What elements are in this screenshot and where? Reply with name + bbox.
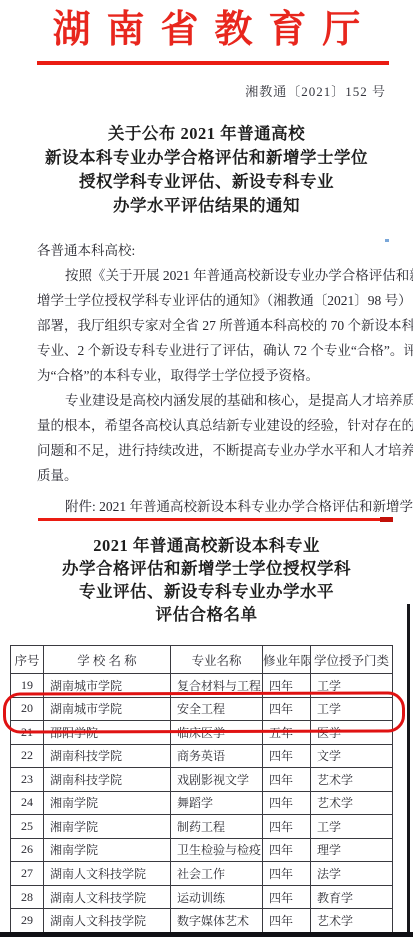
annex-title-line-1: 2021 年普通高校新设本科专业 — [0, 534, 413, 557]
red-highlight-circle — [3, 691, 405, 733]
table-cell: 湖南人文科技学院 — [44, 862, 171, 886]
header-cell-duration: 修业年限 — [263, 646, 311, 674]
table-cell: 理学 — [311, 838, 393, 862]
table-cell: 四年 — [263, 815, 311, 839]
header-cell-degree: 学位授予门类 — [311, 646, 393, 674]
table-cell: 22 — [11, 744, 44, 768]
table-cell: 湖南人文科技学院 — [44, 885, 171, 909]
scan-edge-right — [407, 604, 410, 937]
table-cell: 四年 — [263, 791, 311, 815]
table-cell: 文学 — [311, 744, 393, 768]
scan-edge-bottom — [0, 932, 413, 937]
table-cell: 艺术学 — [311, 791, 393, 815]
notice-title-line-2: 新设本科专业办学合格评估和新增学士学位 — [0, 146, 413, 170]
table-header-row: 序号 学 校 名 称 专业名称 修业年限 学位授予门类 — [11, 646, 393, 674]
table-cell: 舞蹈学 — [171, 791, 263, 815]
header-cell-index: 序号 — [11, 646, 44, 674]
header-cell-major: 专业名称 — [171, 646, 263, 674]
body-line: 按照《关于开展 2021 年普通高校新设专业办学合格评估和新 — [37, 263, 393, 288]
table-row: 26湘南学院卫生检验与检疫四年理学 — [11, 838, 393, 862]
notice-title: 关于公布 2021 年普通高校 新设本科专业办学合格评估和新增学士学位 授权学科… — [0, 122, 413, 218]
scan-ink-artifact — [385, 239, 389, 242]
table-cell: 运动训练 — [171, 885, 263, 909]
table-cell: 戏剧影视文学 — [171, 768, 263, 792]
attachment-underline-end — [380, 517, 393, 522]
header-cell-school: 学 校 名 称 — [44, 646, 171, 674]
table-cell: 四年 — [263, 885, 311, 909]
table-row: 22湖南科技学院商务英语四年文学 — [11, 744, 393, 768]
table-cell: 四年 — [263, 838, 311, 862]
body-line: 增学士学位授权学科专业评估的通知》（湘教通〔2021〕98 号） — [37, 288, 393, 313]
table-cell: 湖南科技学院 — [44, 744, 171, 768]
annex-title-line-2: 办学合格评估和新增学士学位授权学科 — [0, 557, 413, 580]
table-row: 27湖南人文科技学院社会工作四年法学 — [11, 862, 393, 886]
notice-body: 各普通本科高校: 按照《关于开展 2021 年普通高校新设专业办学合格评估和新 … — [37, 238, 393, 488]
table-cell: 制药工程 — [171, 815, 263, 839]
table-cell: 29 — [11, 909, 44, 933]
body-line: 问题和不足，进行持续改进，不断提高专业办学水平和人才培养 — [37, 438, 393, 463]
body-line: 专业建设是高校内涵发展的基础和核心，是提高人才培养质 — [37, 388, 393, 413]
table-cell: 24 — [11, 791, 44, 815]
table-cell: 数字媒体艺术 — [171, 909, 263, 933]
table-cell: 四年 — [263, 744, 311, 768]
salutation: 各普通本科高校: — [37, 238, 393, 263]
table-cell: 艺术学 — [311, 909, 393, 933]
body-line: 部署，我厅组织专家对全省 27 所普通本科高校的 70 个新设本科 — [37, 313, 393, 338]
attachment-underline — [38, 518, 390, 521]
table-row: 29湖南人文科技学院数字媒体艺术四年艺术学 — [11, 909, 393, 933]
annex-title-line-3: 专业评估、新设专科专业办学水平 — [0, 580, 413, 603]
table-row: 28湖南人文科技学院运动训练四年教育学 — [11, 885, 393, 909]
table-row: 25湘南学院制药工程四年工学 — [11, 815, 393, 839]
table-row: 24湘南学院舞蹈学四年艺术学 — [11, 791, 393, 815]
body-line: 为“合格”的本科专业，取得学士学位授予资格。 — [37, 363, 393, 388]
table-cell: 25 — [11, 815, 44, 839]
doc-number: 湘教通〔2021〕152 号 — [245, 81, 386, 100]
document-page: 湖南省教育厅 湘教通〔2021〕152 号 关于公布 2021 年普通高校 新设… — [0, 0, 413, 937]
notice-title-line-3: 授权学科专业评估、新设专科专业 — [0, 170, 413, 194]
annex-title-line-4: 评估合格名单 — [0, 603, 413, 626]
table-cell: 四年 — [263, 862, 311, 886]
results-table: 序号 学 校 名 称 专业名称 修业年限 学位授予门类 19湖南城市学院复合材料… — [10, 645, 393, 933]
table-cell: 四年 — [263, 909, 311, 933]
attachment-note: 附件: 2021 年普通高校新设本科专业办学合格评估和新增学 — [37, 495, 397, 515]
table-cell: 23 — [11, 768, 44, 792]
body-line: 专业、2 个新设专科专业进行了评估，确认 72 个专业“合格”。评 — [37, 338, 393, 363]
table-cell: 工学 — [311, 815, 393, 839]
table-cell: 商务英语 — [171, 744, 263, 768]
table-cell: 湘南学院 — [44, 838, 171, 862]
table-cell: 28 — [11, 885, 44, 909]
table-cell: 社会工作 — [171, 862, 263, 886]
table-cell: 湖南人文科技学院 — [44, 909, 171, 933]
notice-title-line-1: 关于公布 2021 年普通高校 — [0, 122, 413, 146]
table-cell: 湘南学院 — [44, 791, 171, 815]
table-cell: 卫生检验与检疫 — [171, 838, 263, 862]
table-cell: 26 — [11, 838, 44, 862]
agency-title: 湖南省教育厅 — [0, 4, 413, 56]
annex-title: 2021 年普通高校新设本科专业 办学合格评估和新增学士学位授权学科 专业评估、… — [0, 534, 413, 626]
letterhead-divider — [37, 61, 389, 65]
table-cell: 艺术学 — [311, 768, 393, 792]
table-cell: 四年 — [263, 768, 311, 792]
table-row: 23湖南科技学院戏剧影视文学四年艺术学 — [11, 768, 393, 792]
table-cell: 27 — [11, 862, 44, 886]
table-cell: 湖南科技学院 — [44, 768, 171, 792]
table-cell: 湘南学院 — [44, 815, 171, 839]
notice-title-line-4: 办学水平评估结果的通知 — [0, 194, 413, 218]
body-line: 质量。 — [37, 463, 393, 488]
body-line: 量的根本，希望各高校认真总结新专业建设的经验，针对存在的 — [37, 413, 393, 438]
table-cell: 教育学 — [311, 885, 393, 909]
table-cell: 法学 — [311, 862, 393, 886]
